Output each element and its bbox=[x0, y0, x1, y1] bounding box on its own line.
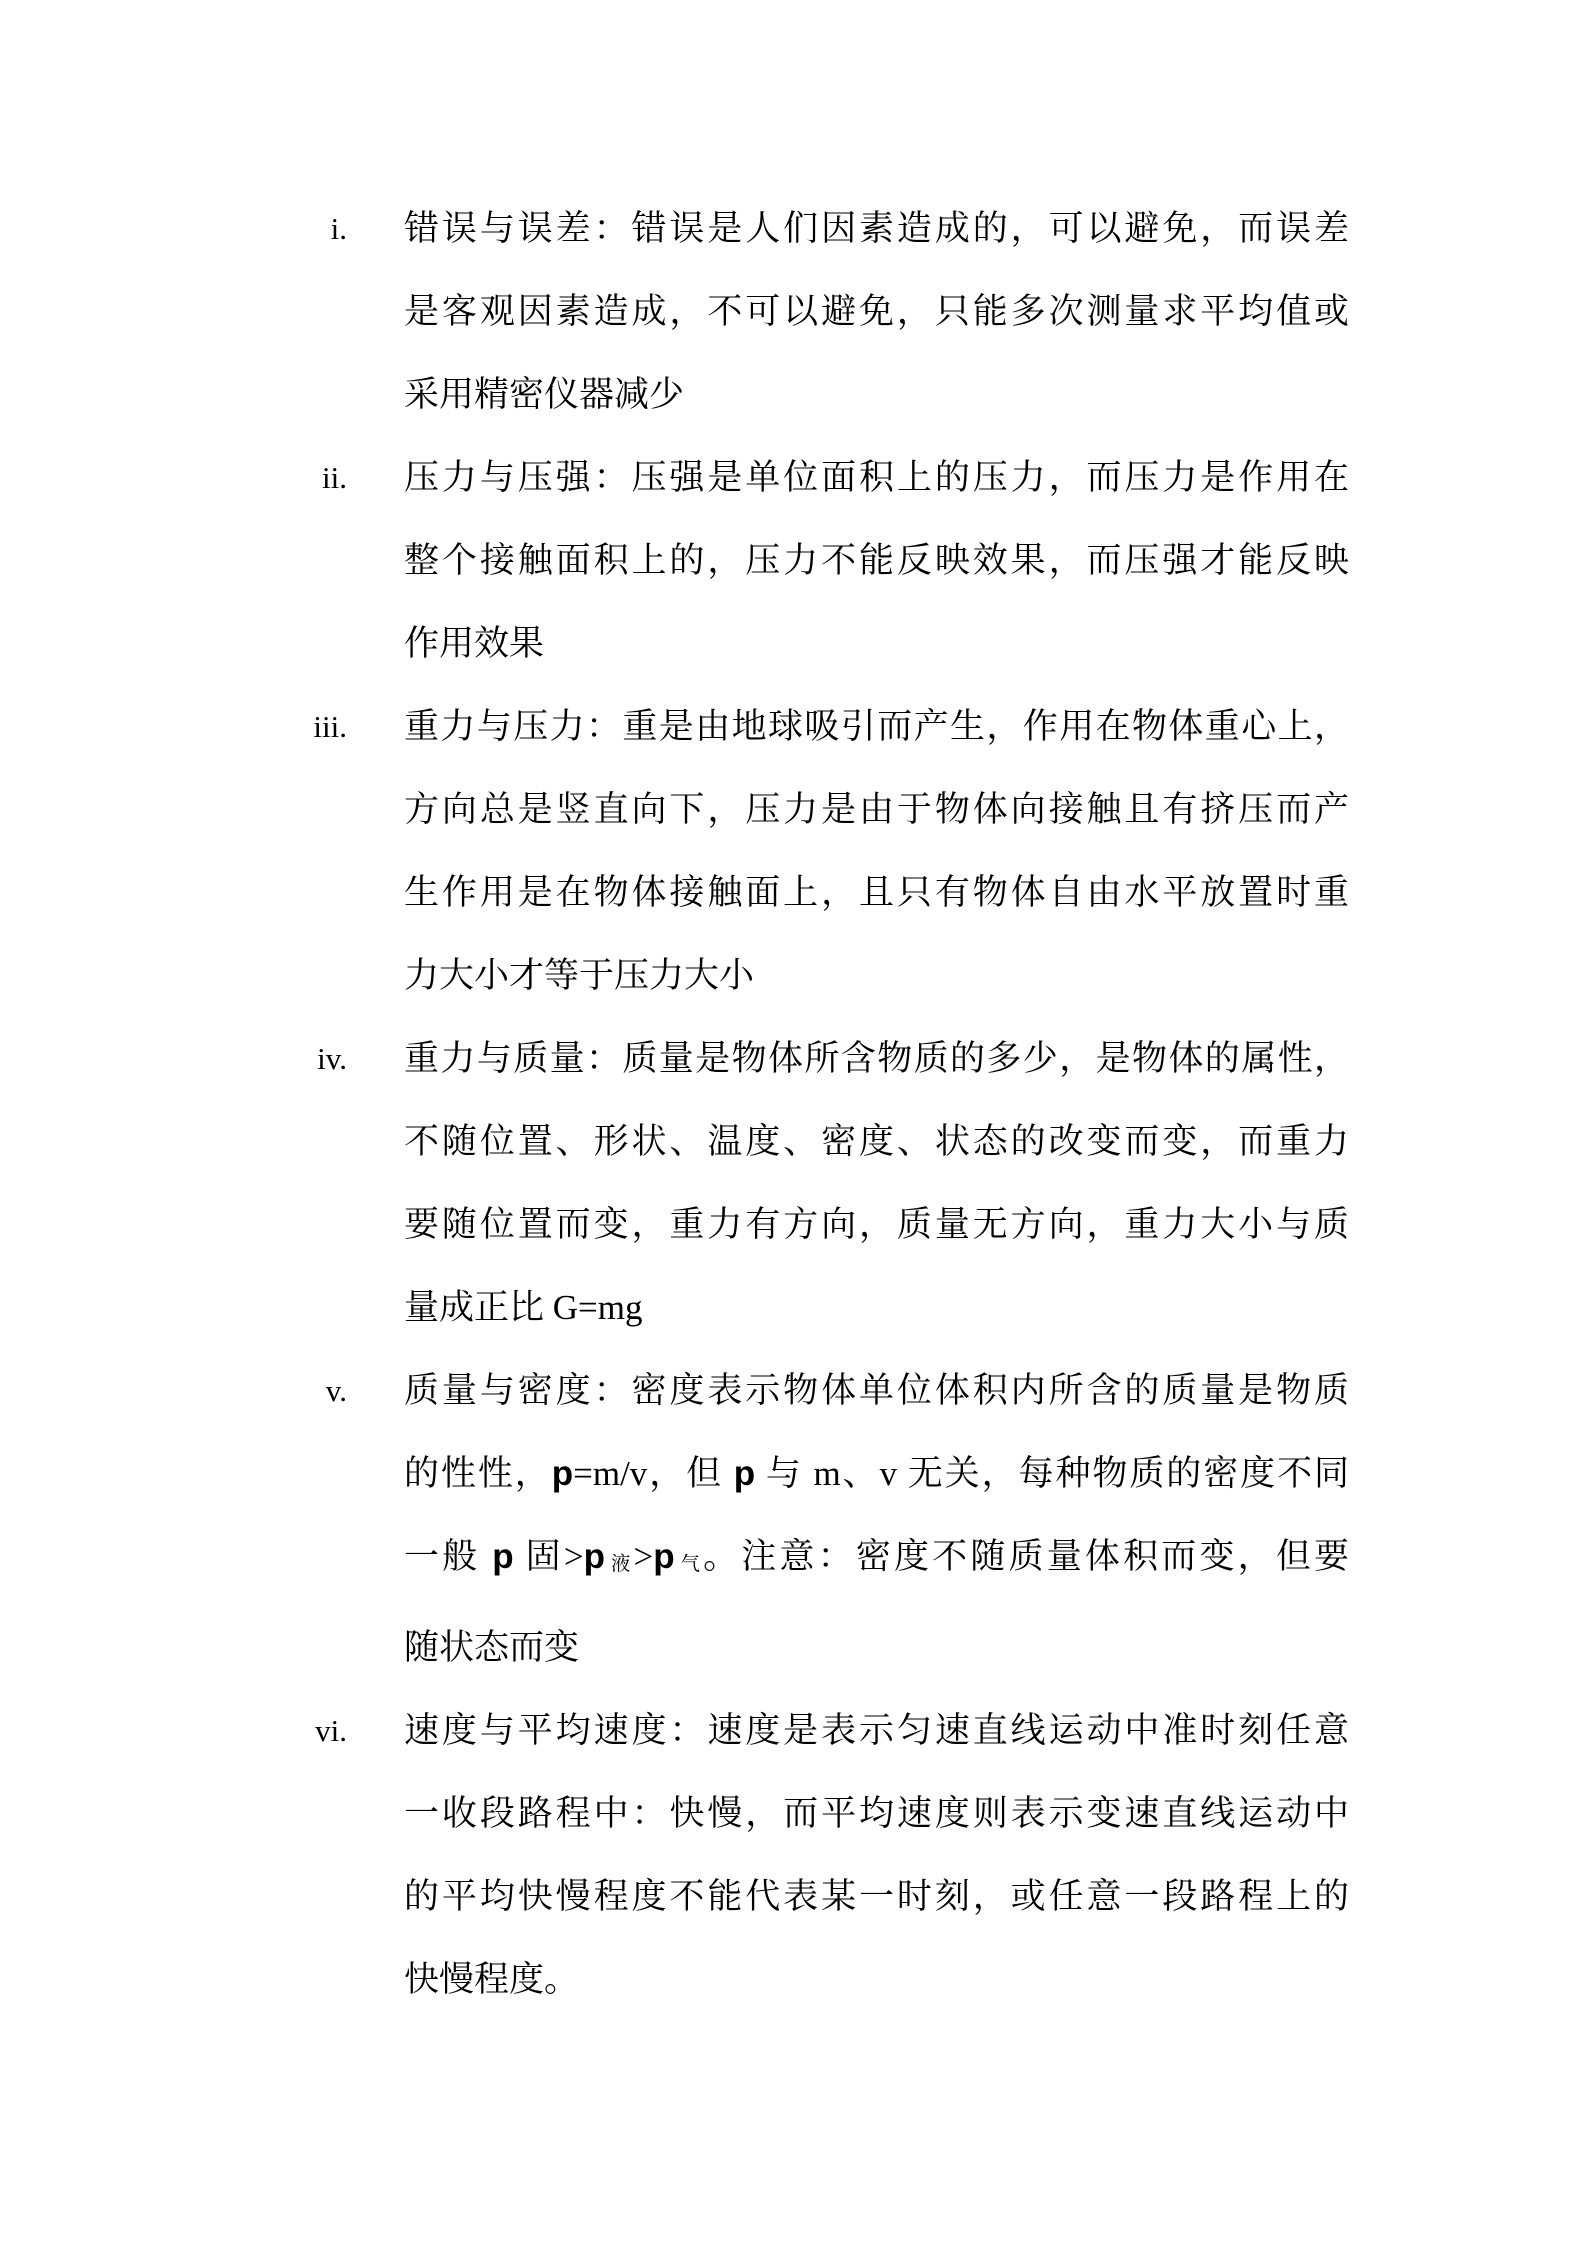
text-line: 方向总是竖直向下，压力是由于物体向接触且有挤压而产 bbox=[404, 768, 1349, 851]
text-line-density-comparison: 一般 p 固>p液>p气。注意：密度不随质量体积而变，但要 bbox=[404, 1515, 1349, 1606]
rho-symbol: p bbox=[584, 1537, 605, 1576]
document-page: i. 错误与误差：错误是人们因素造成的，可以避免，而误差 是客观因素造成，不可以… bbox=[0, 0, 1587, 2245]
item-number: i. bbox=[207, 187, 347, 270]
text-line: 速度与平均速度：速度是表示匀速直线运动中准时刻任意 bbox=[404, 1689, 1349, 1772]
text-line: 质量与密度：密度表示物体单位体积内所含的质量是物质 bbox=[404, 1349, 1349, 1432]
text-line: 作用效果 bbox=[404, 602, 1349, 685]
text-segment: =m/v，但 bbox=[573, 1454, 734, 1493]
text-line: 要随位置而变，重力有方向，质量无方向，重力大小与质 bbox=[404, 1183, 1349, 1266]
rho-symbol: p bbox=[552, 1454, 573, 1493]
text-line: 采用精密仪器减少 bbox=[404, 353, 1349, 436]
greater-than-sign: > bbox=[564, 1537, 584, 1576]
item-number: iii. bbox=[207, 685, 347, 768]
text-line: 一收段路程中：快慢，而平均速度则表示变速直线运动中 bbox=[404, 1772, 1349, 1855]
item-number: iv. bbox=[207, 1017, 347, 1100]
content-list: i. 错误与误差：错误是人们因素造成的，可以避免，而误差 是客观因素造成，不可以… bbox=[404, 187, 1349, 2021]
text-segment: 一般 bbox=[404, 1537, 492, 1576]
text-line: 不随位置、形状、温度、密度、状态的改变而变，而重力 bbox=[404, 1100, 1349, 1183]
text-segment: 的性性， bbox=[404, 1454, 552, 1493]
greater-than-sign: > bbox=[633, 1537, 653, 1576]
text-segment: 。注意：密度不随质量体积而变，但要 bbox=[703, 1537, 1349, 1576]
subscript-gas: 气 bbox=[677, 1554, 703, 1575]
text-line: 压力与压强：压强是单位面积上的压力，而压力是作用在 bbox=[404, 436, 1349, 519]
rho-symbol: p bbox=[653, 1537, 674, 1576]
text-line: 量成正比 G=mg bbox=[404, 1266, 1349, 1349]
rho-symbol: p bbox=[492, 1537, 513, 1576]
text-line: 重力与质量：质量是物体所含物质的多少，是物体的属性， bbox=[404, 1017, 1349, 1100]
text-line: 快慢程度。 bbox=[404, 1938, 1349, 2021]
rho-symbol: p bbox=[734, 1454, 755, 1493]
text-line: 是客观因素造成，不可以避免，只能多次测量求平均值或 bbox=[404, 270, 1349, 353]
text-line: 生作用是在物体接触面上，且只有物体自由水平放置时重 bbox=[404, 851, 1349, 934]
text-segment: 固 bbox=[514, 1537, 564, 1576]
text-line: 随状态而变 bbox=[404, 1606, 1349, 1689]
text-line: 的平均快慢程度不能代表某一时刻，或任意一段路程上的 bbox=[404, 1855, 1349, 1938]
text-line: 整个接触面积上的，压力不能反映效果，而压强才能反映 bbox=[404, 519, 1349, 602]
list-item-iv: iv. 重力与质量：质量是物体所含物质的多少，是物体的属性， 不随位置、形状、温… bbox=[404, 1017, 1349, 1349]
list-item-iii: iii. 重力与压力：重是由地球吸引而产生，作用在物体重心上， 方向总是竖直向下… bbox=[404, 685, 1349, 1017]
item-number: ii. bbox=[207, 436, 347, 519]
item-number: vi. bbox=[207, 1689, 347, 1772]
subscript-liquid: 液 bbox=[608, 1554, 634, 1575]
text-segment: 与 m、v 无关，每种物质的密度不同 bbox=[755, 1454, 1349, 1493]
text-line: 重力与压力：重是由地球吸引而产生，作用在物体重心上， bbox=[404, 685, 1349, 768]
item-number: v. bbox=[207, 1349, 347, 1432]
text-line: 力大小才等于压力大小 bbox=[404, 934, 1349, 1017]
list-item-vi: vi. 速度与平均速度：速度是表示匀速直线运动中准时刻任意 一收段路程中：快慢，… bbox=[404, 1689, 1349, 2021]
text-line-density-formula: 的性性，p=m/v，但 p 与 m、v 无关，每种物质的密度不同 bbox=[404, 1432, 1349, 1515]
text-line: 错误与误差：错误是人们因素造成的，可以避免，而误差 bbox=[404, 187, 1349, 270]
list-item-ii: ii. 压力与压强：压强是单位面积上的压力，而压力是作用在 整个接触面积上的，压… bbox=[404, 436, 1349, 685]
list-item-v: v. 质量与密度：密度表示物体单位体积内所含的质量是物质 的性性，p=m/v，但… bbox=[404, 1349, 1349, 1689]
list-item-i: i. 错误与误差：错误是人们因素造成的，可以避免，而误差 是客观因素造成，不可以… bbox=[404, 187, 1349, 436]
